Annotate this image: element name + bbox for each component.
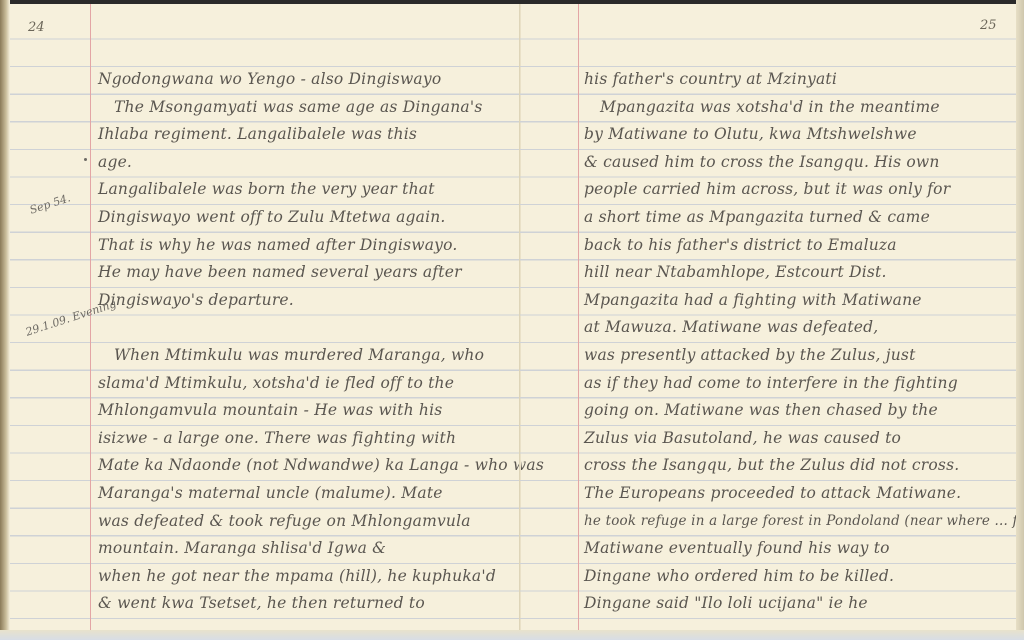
text-line: Dingiswayo's departure. — [98, 287, 518, 315]
text-line — [98, 314, 518, 342]
text-line: age. — [98, 149, 518, 177]
ink-dot — [84, 158, 87, 161]
text-line: was defeated & took refuge on Mhlongamvu… — [98, 508, 518, 536]
text-line: Langalibalele was born the very year tha… — [98, 176, 518, 204]
text-line: hill near Ntabamhlope, Estcourt Dist. — [584, 259, 1012, 287]
text-line: at Mawuza. Matiwane was defeated, — [584, 314, 1012, 342]
page-edge — [1016, 0, 1024, 632]
text-line: The Europeans proceeded to attack Matiwa… — [584, 480, 1012, 508]
bottom-edge — [0, 630, 1024, 640]
text-line: Mhlongamvula mountain - He was with his — [98, 397, 518, 425]
text-line: slama'd Mtimkulu, xotsha'd ie fled off t… — [98, 370, 518, 398]
text-line: Ngodongwana wo Yengo - also Dingiswayo — [98, 66, 518, 94]
page-number: 25 — [980, 18, 997, 33]
spine-shadow — [0, 0, 10, 636]
text-line: & caused him to cross the Isangqu. His o… — [584, 149, 1012, 177]
text-line: a short time as Mpangazita turned & came — [584, 204, 1012, 232]
page-number: 24 — [28, 20, 45, 35]
text-line: going on. Matiwane was then chased by th… — [584, 397, 1012, 425]
text-line: Dingane said "Ilo loli ucijana" ie he — [584, 590, 1012, 618]
text-line: That is why he was named after Dingisway… — [98, 232, 518, 260]
text-line: his father's country at Mzinyati — [584, 66, 1012, 94]
right-page: 25 his father's country at Mzinyati Mpan… — [520, 4, 1016, 630]
text-line: he took refuge in a large forest in Pond… — [584, 508, 1012, 536]
text-line: people carried him across, but it was on… — [584, 176, 1012, 204]
text-line: Mpangazita was xotsha'd in the meantime — [584, 94, 1012, 122]
text-line: when he got near the mpama (hill), he ku… — [98, 563, 518, 591]
text-line: The Msongamyati was same age as Dingana'… — [98, 94, 518, 122]
text-line: cross the Isangqu, but the Zulus did not… — [584, 452, 1012, 480]
notebook-spread: 24 Sep 54. 29.1.09. Evening Ngodongwana … — [0, 0, 1024, 636]
text-line: Ihlaba regiment. Langalibalele was this — [98, 121, 518, 149]
text-line: back to his father's district to Emaluza — [584, 232, 1012, 260]
text-line: Dingiswayo went off to Zulu Mtetwa again… — [98, 204, 518, 232]
handwritten-lines: Ngodongwana wo Yengo - also Dingiswayo T… — [98, 66, 518, 618]
text-line: isizwe - a large one. There was fighting… — [98, 425, 518, 453]
text-line: Maranga's maternal uncle (malume). Mate — [98, 480, 518, 508]
text-line: by Matiwane to Olutu, kwa Mtshwelshwe — [584, 121, 1012, 149]
text-line: was presently attacked by the Zulus, jus… — [584, 342, 1012, 370]
text-line: Matiwane eventually found his way to — [584, 535, 1012, 563]
margin-note-date: Sep 54. — [28, 191, 72, 216]
text-line: When Mtimkulu was murdered Maranga, who — [98, 342, 518, 370]
text-line: Mpangazita had a fighting with Matiwane — [584, 287, 1012, 315]
text-line: Dingane who ordered him to be killed. — [584, 563, 1012, 591]
text-line: as if they had come to interfere in the … — [584, 370, 1012, 398]
margin-rule — [578, 4, 579, 630]
text-line: Zulus via Basutoland, he was caused to — [584, 425, 1012, 453]
text-line: & went kwa Tsetset, he then returned to — [98, 590, 518, 618]
left-page: 24 Sep 54. 29.1.09. Evening Ngodongwana … — [10, 4, 520, 630]
text-line: mountain. Maranga shlisa'd Igwa & — [98, 535, 518, 563]
text-line: Mate ka Ndaonde (not Ndwandwe) ka Langa … — [98, 452, 518, 480]
text-line: He may have been named several years aft… — [98, 259, 518, 287]
handwritten-lines: his father's country at Mzinyati Mpangaz… — [584, 66, 1012, 618]
